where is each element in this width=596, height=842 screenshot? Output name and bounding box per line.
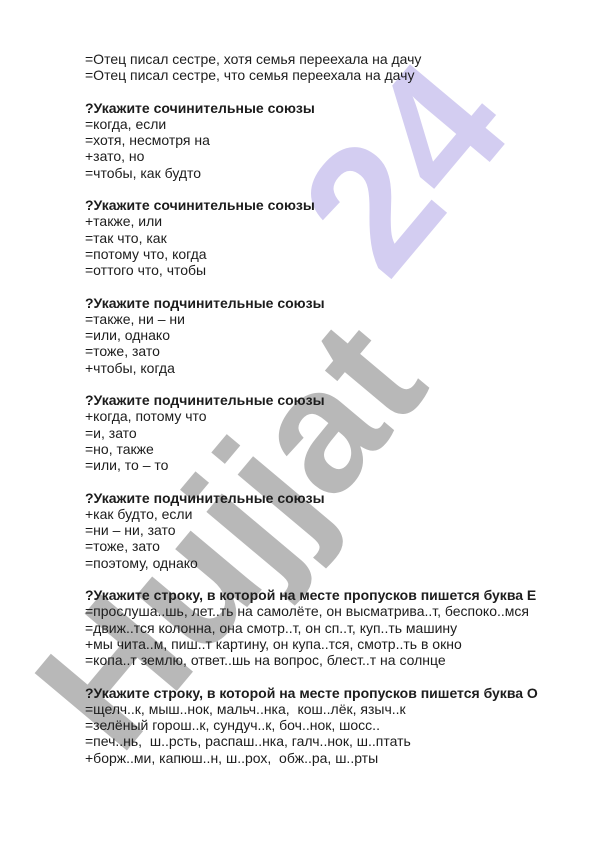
intro-line: =Отец писал сестре, что семья переехала … [85,67,538,83]
answer-option: =оттого что, чтобы [85,262,538,278]
question-title: ?Укажите сочинительные союзы [85,100,538,116]
question-block: ?Укажите подчинительные союзы +когда, по… [85,392,538,473]
question-block: ?Укажите строку, в которой на месте проп… [85,587,538,668]
answer-option: =когда, если [85,116,538,132]
answer-option: =зелёный горош..к, сундуч..к, боч..нок, … [85,717,538,733]
answer-option: =движ..тся колонна, она смотр..т, он сп.… [85,620,538,636]
question-title: ?Укажите строку, в которой на месте проп… [85,587,538,603]
answer-option: =щелч..к, мыш..нок, мальч..нка, кош..лёк… [85,701,538,717]
question-title: ?Укажите сочинительные союзы [85,197,538,213]
answer-option: =также, ни – ни [85,311,538,327]
question-title: ?Укажите подчинительные союзы [85,490,538,506]
question-block: ?Укажите подчинительные союзы =также, ни… [85,295,538,376]
question-block: ?Укажите сочинительные союзы =когда, есл… [85,100,538,181]
answer-option: =хотя, несмотря на [85,132,538,148]
question-title: ?Укажите строку, в которой на месте проп… [85,685,538,701]
answer-option: =ни – ни, зато [85,522,538,538]
answer-option: =прослуша..шь, лет..ть на самолёте, он в… [85,603,538,619]
intro-block: =Отец писал сестре, хотя семья переехала… [85,51,538,84]
answer-option: +чтобы, когда [85,360,538,376]
answer-option: +мы чита..м, пиш..т картину, он купа..тс… [85,636,538,652]
intro-line: =Отец писал сестре, хотя семья переехала… [85,51,538,67]
document-page: Hujjat 24 =Отец писал сестре, хотя семья… [0,0,596,842]
answer-option: =чтобы, как будто [85,165,538,181]
answer-option: =но, также [85,441,538,457]
answer-option: +также, или [85,213,538,229]
answer-option: =или, то – то [85,457,538,473]
answer-option: +борж..ми, капюш..н, ш..рох, обж..ра, ш.… [85,750,538,766]
question-block: ?Укажите сочинительные союзы +также, или… [85,197,538,278]
answer-option: =печ..нь, ш..рсть, распаш..нка, галч..но… [85,733,538,749]
answer-option: =тоже, зато [85,538,538,554]
answer-option: +зато, но [85,148,538,164]
answer-option: =или, однако [85,327,538,343]
answer-option: =так что, как [85,230,538,246]
question-title: ?Укажите подчинительные союзы [85,392,538,408]
answer-option: =тоже, зато [85,343,538,359]
answer-option: =и, зато [85,425,538,441]
question-block: ?Укажите подчинительные союзы +как будто… [85,490,538,571]
answer-option: +когда, потому что [85,408,538,424]
answer-option: =копа..т землю, ответ..шь на вопрос, бле… [85,652,538,668]
answer-option: +как будто, если [85,506,538,522]
answer-option: =поэтому, однако [85,555,538,571]
answer-option: =потому что, когда [85,246,538,262]
question-block: ?Укажите строку, в которой на месте проп… [85,685,538,766]
document-content: =Отец писал сестре, хотя семья переехала… [85,51,538,766]
question-title: ?Укажите подчинительные союзы [85,295,538,311]
